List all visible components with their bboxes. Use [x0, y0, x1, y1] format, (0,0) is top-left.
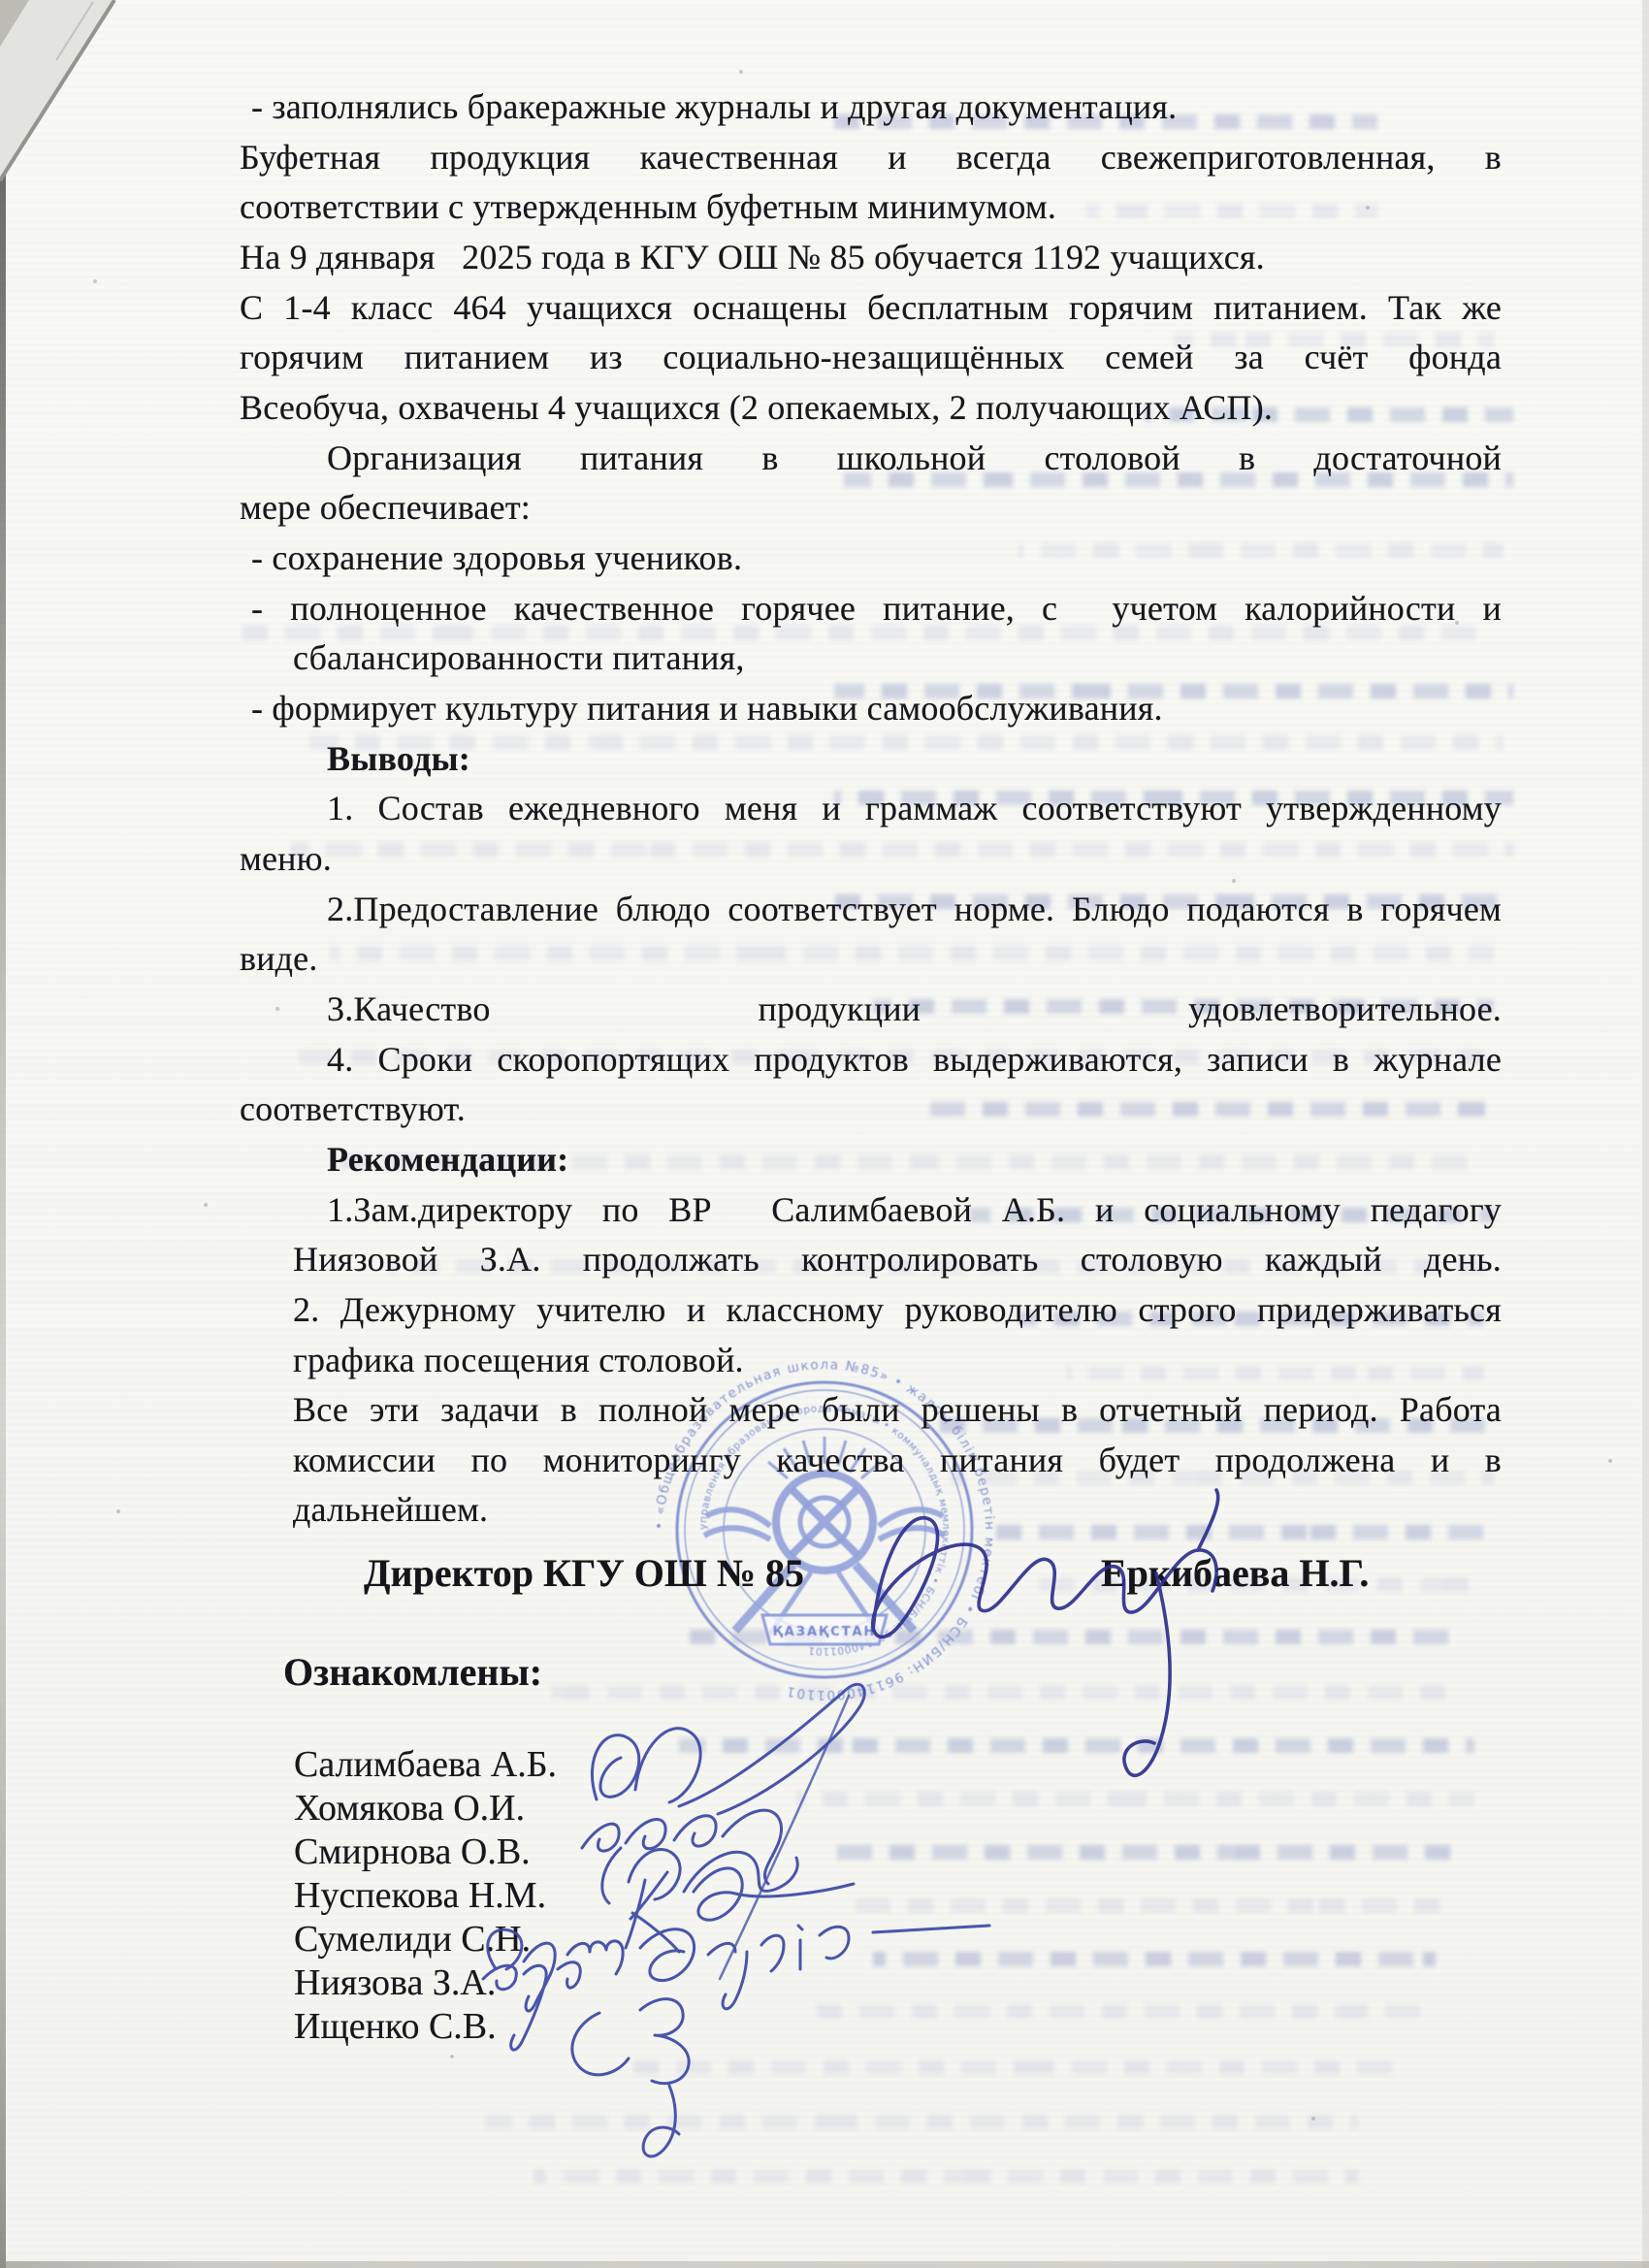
scan-edge-left: [0, 0, 6, 2268]
director-signature: [873, 1490, 1218, 1775]
scan-edge-right: [1642, 0, 1649, 2268]
scan-speck: [739, 70, 743, 74]
scan-speck: [93, 279, 97, 283]
signatures-layer: [0, 0, 1649, 2268]
scanned-report-page: - заполнялись бракеражные журналы и друг…: [0, 0, 1649, 2268]
scan-speck: [204, 1203, 208, 1207]
scan-speck: [275, 1007, 279, 1011]
scan-speck: [1366, 206, 1370, 210]
scan-speck: [1455, 621, 1459, 625]
signature-khomyakova: [582, 1810, 782, 1884]
signature-stroke-long: [720, 1696, 849, 1979]
scan-speck: [1608, 1459, 1612, 1463]
folded-corner: [0, 0, 223, 213]
scan-edge-bottom: [0, 2261, 1649, 2268]
scan-speck: [116, 1509, 120, 1513]
scan-speck: [1232, 879, 1236, 883]
scan-speck: [450, 2055, 454, 2058]
signature-niyazova: [483, 1962, 580, 2050]
signature-salimbayeva: [592, 1684, 864, 1814]
signature-ishchenko: [572, 1999, 689, 2156]
scan-speck: [1311, 2117, 1315, 2121]
